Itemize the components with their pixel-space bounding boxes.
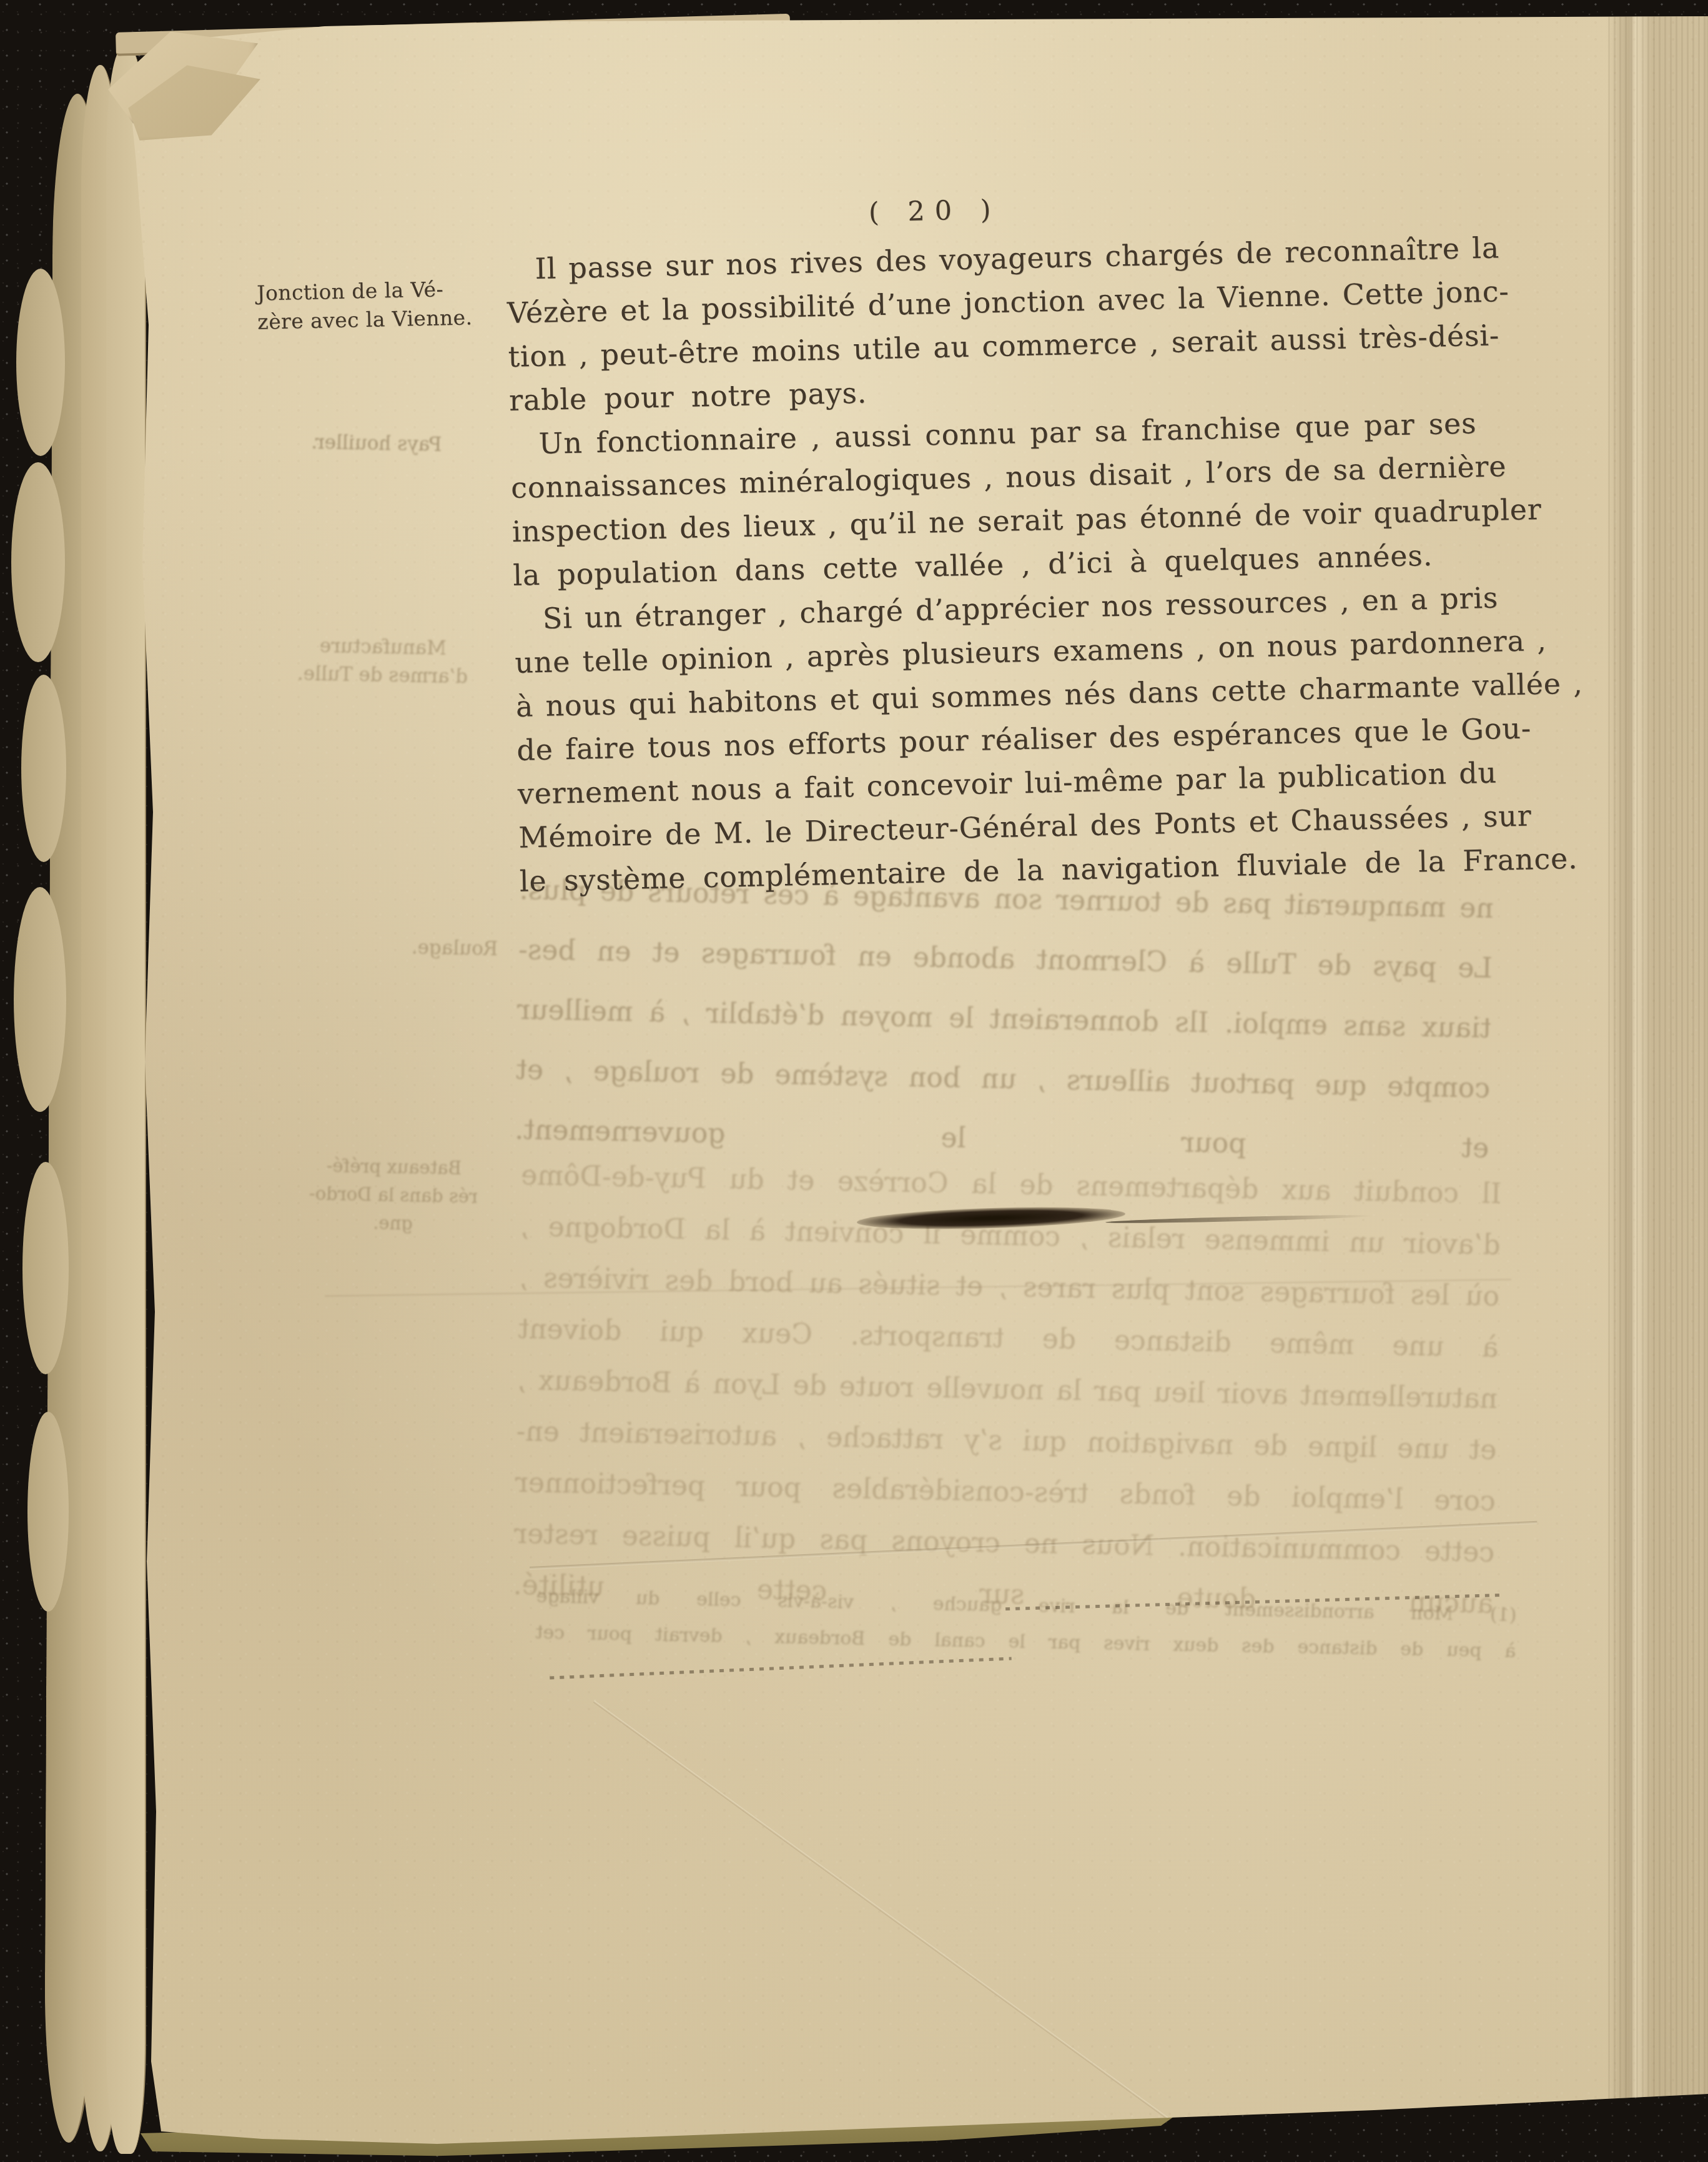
- text-line: connaissances minéralogiques , nous disa…: [510, 445, 1478, 510]
- text-line: à peu de distance des deux rives par le …: [535, 1615, 1516, 1670]
- text-line: Jonction de la Vé-: [257, 274, 506, 308]
- text-line: une telle opinion , après plusieurs exam…: [515, 620, 1482, 685]
- paragraph: Un fonctionnaire , aussi connu par sa fr…: [510, 401, 1480, 597]
- text-line: naturellement avoir lieu par la nouvelle…: [516, 1355, 1498, 1425]
- bleed-through-margin-note: Bateaux préfé-rés dans la Dordo-gne.: [293, 1151, 495, 1239]
- offset-ink-speckle: [550, 1657, 1012, 1680]
- deckle-edge: [14, 887, 66, 1112]
- text-line: d’armes de Tulle.: [279, 660, 486, 692]
- gutter-fold-shadow: [1608, 16, 1708, 2103]
- text-line: à une même distance de transports. Ceux …: [518, 1304, 1499, 1374]
- ink-smudge-tail: [1105, 1214, 1374, 1225]
- text-line: vernement nous a fait concevoir lui-même…: [517, 751, 1484, 816]
- text-line: inspection des lieux , qu’il ne serait p…: [511, 488, 1479, 553]
- deckle-edge: [22, 1162, 69, 1374]
- page-stack-edge: [106, 50, 146, 2154]
- text-line: Il conduit aux départemens de la Corrèze…: [521, 1150, 1502, 1220]
- text-line: Mémoire de M. le Directeur-Général des P…: [518, 795, 1486, 860]
- text-line: gne.: [293, 1207, 493, 1239]
- text-line: Le pays de Tulle à Clermont abonde en fo…: [518, 920, 1493, 999]
- book-page-paper: ne manquerait pas de tourner son avantag…: [0, 0, 1708, 2162]
- margin-note: Jonction de la Vé-zère avec la Vienne.: [257, 274, 506, 337]
- deckle-edge: [16, 269, 65, 456]
- text-line: où les fourrages sont plus rares , et si…: [519, 1252, 1500, 1322]
- text-line: Il passe sur nos rives des voyageurs cha…: [506, 226, 1473, 291]
- bleed-through-margin-note: Pays houiller.: [280, 428, 474, 460]
- offset-ink-speckle: [1005, 1594, 1505, 1610]
- text-line: zère avec la Vienne.: [257, 302, 506, 337]
- text-line: et une ligne de navigation qui s’y ratta…: [516, 1406, 1497, 1476]
- text-line: Un fonctionnaire , aussi connu par sa fr…: [510, 401, 1477, 466]
- text-line: Pays houiller.: [280, 428, 474, 460]
- printed-content: ( 20 ) Jonction de la Vé-zère avec la Vi…: [505, 177, 1486, 903]
- text-line: Bateaux préfé-: [294, 1151, 494, 1183]
- text-line: cette communication. Nous ne croyons pas…: [514, 1509, 1495, 1579]
- text-line: compte que partout ailleurs , un bon sys…: [515, 1040, 1491, 1119]
- dog-ear-fold: [105, 27, 261, 127]
- text-line: Manufacture: [280, 632, 486, 663]
- text-line: aucun doute sur cette utilité.: [513, 1560, 1494, 1630]
- text-line: Si un étranger , chargé d’apprécier nos …: [513, 576, 1481, 641]
- bleed-through-paragraph: ne manquerait pas de tourner son avantag…: [515, 860, 1494, 1179]
- bleed-through-footnote: (1) Mon arrondissement de la rive gauche…: [535, 1579, 1517, 1670]
- text-line: à nous qui habitons et qui sommes nés da…: [515, 663, 1483, 728]
- text-line: core l’emploi de fonds très-considérable…: [515, 1457, 1496, 1527]
- paragraph: Si un étranger , chargé d’apprécier nos …: [513, 576, 1486, 903]
- text-line: rés dans la Dordo-: [294, 1179, 494, 1211]
- text-line: tiaux sans emploi. Ils donneraient le mo…: [516, 980, 1492, 1059]
- paper-crease-diagonal: [593, 1700, 1229, 2162]
- deckle-edge: [27, 1412, 69, 1612]
- page-number: ( 20 ): [451, 179, 1418, 249]
- page-stack-edge: [81, 65, 119, 2151]
- paper-crease: [325, 1279, 1511, 1297]
- bleed-through-paragraph: Il conduit aux départemens de la Corrèze…: [513, 1150, 1502, 1630]
- text-line: (1) Mon arrondissement de la rive gauche…: [536, 1579, 1517, 1634]
- text-line: et pour le gouvernement.: [515, 1100, 1490, 1179]
- text-line: de faire tous nos efforts pour réaliser …: [516, 707, 1484, 772]
- scanned-book-page: ne manquerait pas de tourner son avantag…: [0, 0, 1708, 2162]
- paper-crease: [530, 1521, 1538, 1570]
- text-line: le système complémentaire de la navigati…: [519, 838, 1486, 903]
- text-line: d’avoir un immense relais , comme il con…: [520, 1201, 1501, 1271]
- under-sheet-top-edge: [116, 14, 791, 56]
- bleed-through-margin-note: Roulage.: [405, 933, 505, 963]
- deckle-edge: [11, 462, 65, 662]
- bleed-through-margin-note: Manufactured’armes de Tulle.: [279, 632, 486, 692]
- text-line: rable pour notre pays.: [508, 357, 1476, 422]
- text-line: Roulage.: [405, 933, 505, 963]
- page-stack-edge: [44, 94, 102, 2143]
- ink-smudge: [857, 1204, 1126, 1232]
- deckle-edge: [21, 675, 66, 862]
- text-line: ne manquerait pas de tourner son avantag…: [519, 860, 1494, 939]
- under-page-bottom-edge: [141, 2086, 1327, 2162]
- text-line: tion , peut-être moins utile au commerce…: [508, 314, 1475, 379]
- paragraph: Il passe sur nos rives des voyageurs cha…: [506, 226, 1476, 422]
- text-line: Vézère et la possibilité d’une jonction …: [506, 270, 1474, 335]
- dog-ear-fold: [122, 60, 266, 147]
- text-line: la population dans cette vallée , d’ici …: [513, 532, 1480, 597]
